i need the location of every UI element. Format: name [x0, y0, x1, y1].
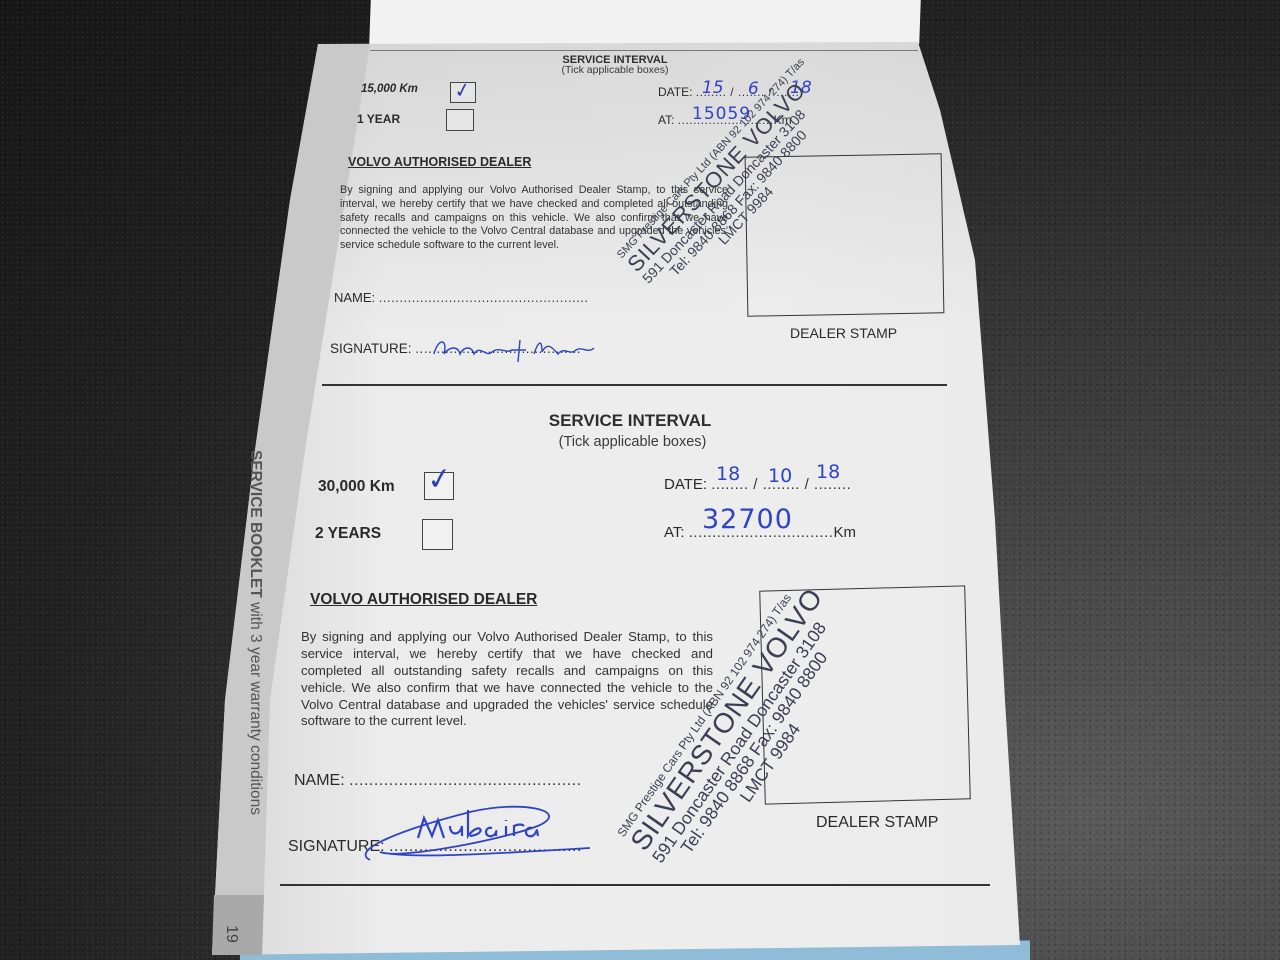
section2-signature-scribble	[340, 790, 620, 870]
section2-certification-text: By signing and applying our Volvo Author…	[301, 629, 713, 730]
section2-title: SERVICE INTERVAL	[520, 411, 740, 431]
previous-page-flap	[369, 0, 921, 44]
page-number: 19	[222, 925, 240, 943]
section2-dealer-stamp-label: DEALER STAMP	[816, 814, 938, 832]
section1-at-label: AT:	[658, 113, 674, 127]
section2-dealer-heading: VOLVO AUTHORISED DEALER	[310, 591, 537, 609]
booklet-running-title: SERVICE BOOKLET with 3 year warranty con…	[246, 450, 264, 815]
section1-option-15000km: 15,000 Km	[361, 83, 418, 95]
section-divider-bottom	[280, 884, 990, 886]
section2-name-field: NAME: ..................................…	[294, 772, 582, 790]
section2-date-month: 10	[768, 465, 792, 487]
section2-subtitle: (Tick applicable boxes)	[520, 434, 745, 450]
running-title-bold: SERVICE BOOKLET	[247, 450, 264, 598]
section2-checkbox-2years[interactable]	[422, 519, 453, 550]
section1-subtitle: (Tick applicable boxes)	[540, 64, 690, 76]
section1-dealer-heading: VOLVO AUTHORISED DEALER	[348, 155, 531, 169]
section1-checkbox-1year[interactable]	[446, 109, 474, 131]
section2-date-day: 18	[716, 463, 740, 485]
section1-name-field: NAME: ..................................…	[334, 290, 589, 305]
section1-signature-scribble	[430, 332, 610, 366]
section2-tick-mark: ✓	[425, 460, 455, 498]
section-divider-middle	[322, 384, 947, 386]
section2-date-year: 18	[816, 461, 840, 483]
section1-date-day: 15	[702, 78, 724, 98]
section1-signature-label: SIGNATURE:	[330, 341, 412, 356]
section2-option-30000km: 30,000 Km	[318, 478, 395, 496]
running-title-rest: with 3 year warranty conditions	[247, 598, 264, 815]
section2-date-label: DATE:	[664, 476, 707, 493]
section2-odometer-value: 32700	[702, 504, 793, 535]
section1-date-label: DATE:	[658, 85, 692, 99]
section2-at-label: AT:	[664, 524, 685, 541]
section-divider-top	[370, 50, 918, 51]
section1-dealer-stamp-label: DEALER STAMP	[790, 325, 897, 341]
section2-unit: Km	[833, 524, 856, 541]
section1-date-month: 6	[748, 79, 759, 99]
section2-name-label: NAME:	[294, 772, 345, 789]
section1-option-1year: 1 YEAR	[357, 112, 400, 126]
section1-name-label: NAME:	[334, 290, 375, 305]
section2-option-2years: 2 YEARS	[315, 525, 381, 543]
name-dots: ........................................…	[349, 772, 581, 789]
name-dots: ........................................…	[379, 290, 589, 305]
